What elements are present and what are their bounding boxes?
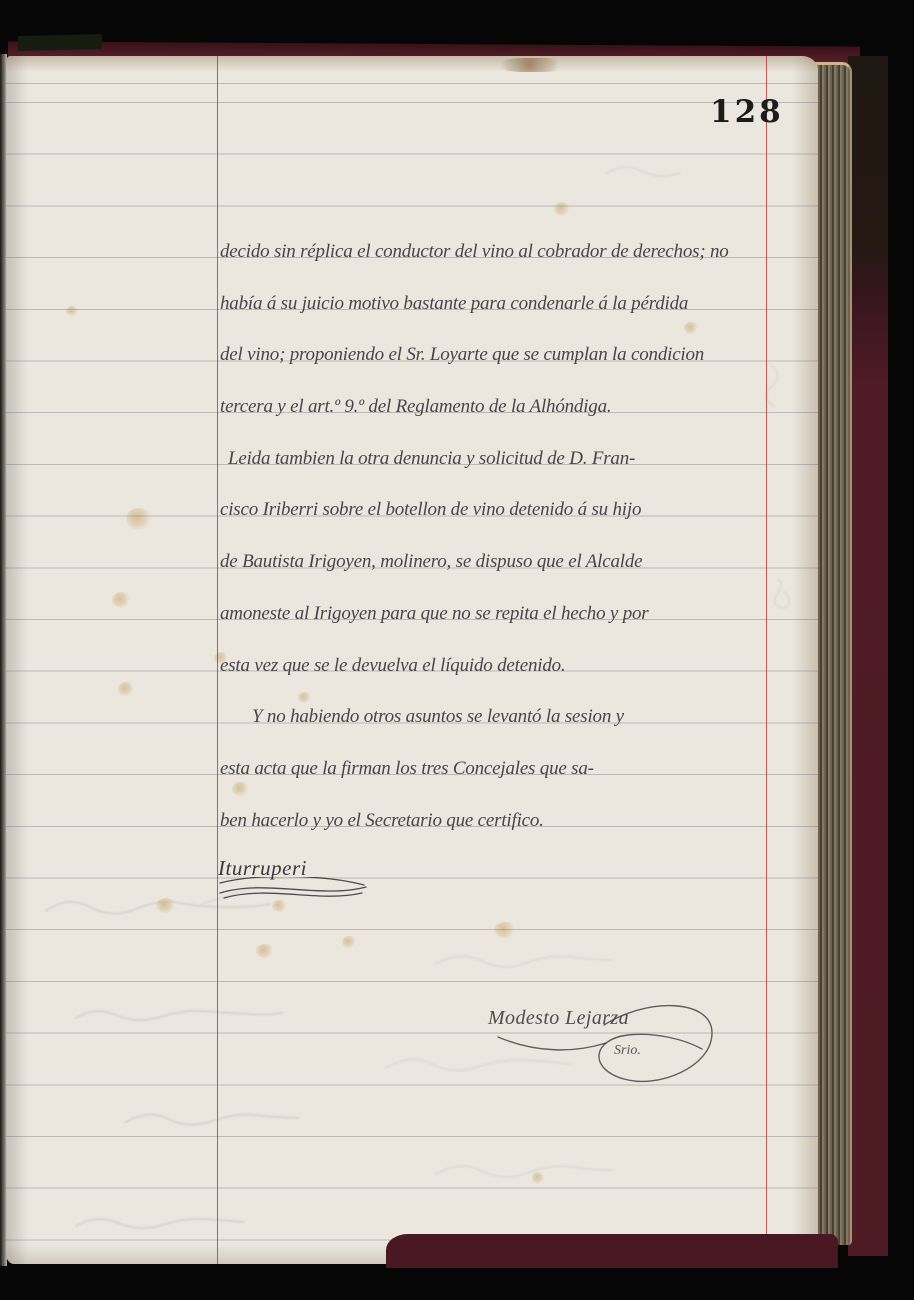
manuscript-line: esta acta que la firman los tres Conceja… (220, 743, 776, 795)
manuscript-line: cisco Iriberri sobre el botellon de vino… (220, 484, 776, 536)
manuscript-line: Y no habiendo otros asuntos se levantó l… (220, 691, 776, 743)
book-cover-bottom-edge (386, 1234, 838, 1268)
manuscript-page: 128 decido sin réplica el conductor del … (6, 56, 818, 1264)
manuscript-line: amoneste al Irigoyen para que no se repi… (220, 588, 776, 640)
margin-line-left (217, 56, 218, 1264)
manuscript-line: de Bautista Irigoyen, molinero, se dispu… (220, 536, 776, 588)
handwritten-text-block: decido sin réplica el conductor del vino… (220, 226, 776, 846)
signature-secretary-title: Srio. (614, 1043, 641, 1059)
manuscript-line: Leida tambien la otra denuncia y solicit… (220, 433, 776, 485)
page-number: 128 (710, 94, 784, 130)
photograph-backdrop: 128 decido sin réplica el conductor del … (0, 0, 914, 1300)
manuscript-line: tercera y el art.º 9.º del Reglamento de… (220, 381, 776, 433)
manuscript-line: decido sin réplica el conductor del vino… (220, 226, 776, 278)
manuscript-line: esta vez que se le devuelva el líquido d… (220, 640, 776, 692)
manuscript-line: había á su juicio motivo bastante para c… (220, 278, 776, 330)
signature-flourish (218, 877, 370, 903)
manuscript-line: del vino; proponiendo el Sr. Loyarte que… (220, 329, 776, 381)
book-board-corner (18, 34, 102, 51)
book-cover-right (848, 56, 888, 1256)
signature-secretary-name: Modesto Lejarza (488, 1007, 629, 1030)
signature-councilman: Iturruperi (218, 856, 388, 903)
manuscript-line: ben hacerlo y yo el Secretario que certi… (220, 795, 776, 847)
signature-secretary: Modesto Lejarza Srio. (486, 991, 756, 1103)
